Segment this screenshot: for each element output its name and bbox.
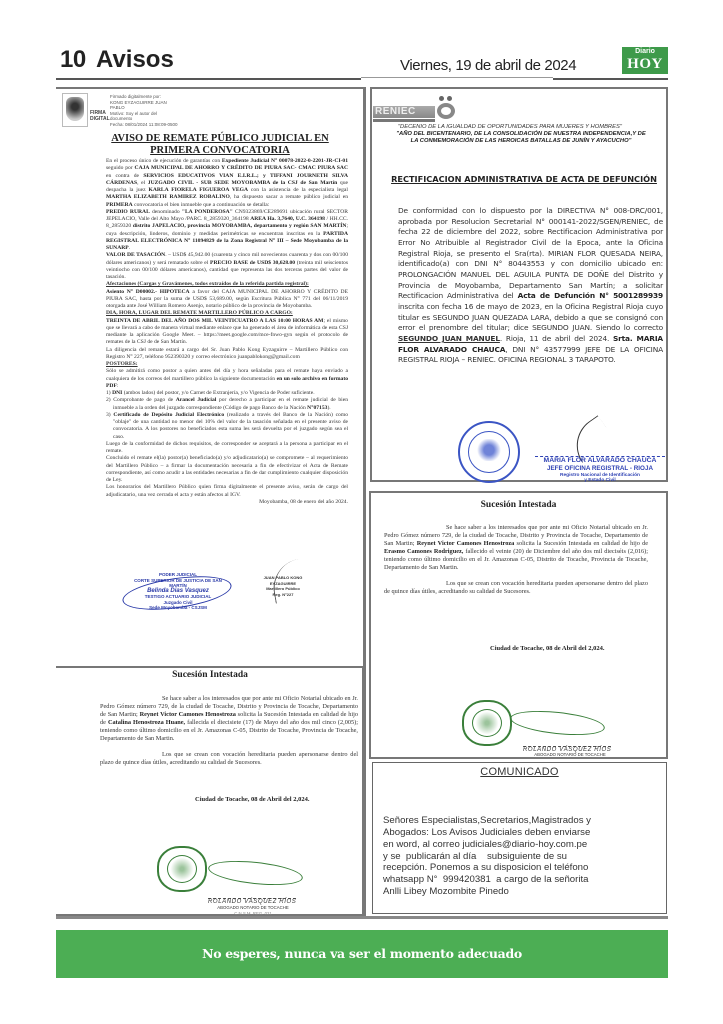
- remate-paragraph: Luego de la conformidad de dichos requis…: [106, 441, 348, 456]
- remate-paragraph: VALOR DE TASACIÓN. – USD$ 45,942.00 (cua…: [106, 252, 348, 281]
- sucesion-right-body: Se hace saber a los interesados que por …: [384, 524, 648, 604]
- remate-heading: Afectaciones (Cargas y Gravámenes, todos…: [106, 281, 348, 288]
- peru-crest-icon: [66, 97, 84, 121]
- sucesion-left-title: Sucesión Intestada: [56, 670, 364, 680]
- footer-banner: No esperes, nunca va ser el momento adec…: [56, 930, 668, 978]
- sucesion-right-title: Sucesión Intestada: [369, 500, 668, 510]
- year-slogan: "AÑO DEL BICENTENARIO, DE LA CONSOLIDACI…: [396, 131, 646, 145]
- remate-paragraph: Sólo se admitirá como postor a quien ant…: [106, 368, 348, 390]
- remate-paragraph: TREINTA DE ABRIL DEL AÑO DOS MIL VEINTIC…: [106, 318, 348, 347]
- sucesion-left-body: Se hace saber a los interesados que por …: [100, 695, 358, 775]
- remate-paragraph: PREDIO RURAL denominado "LA PONDEROSA" C…: [106, 209, 348, 253]
- comunicado-body: Señores Especialistas,Secretarios,Magist…: [383, 815, 667, 898]
- reniec-body: De conformidad con lo dispuesto por la D…: [398, 206, 663, 366]
- remate-title: AVISO DE REMATE PÚBLICO JUDICIAL EN PRIM…: [90, 133, 350, 157]
- reniec-title: RECTIFICACION ADMINISTRATIVA DE ACTA DE …: [390, 174, 658, 185]
- bottom-divider: [56, 916, 668, 919]
- brand-logo-big: HOY: [622, 56, 668, 72]
- sucesion-right-date: Ciudad de Tocache, 08 de Abril del 2,024…: [490, 645, 605, 652]
- brand-logo: Diario HOY: [622, 47, 668, 74]
- digital-signature-crest: [62, 93, 88, 127]
- notary-seal-icon: [157, 846, 207, 892]
- comunicado-title: COMUNICADO: [372, 766, 667, 778]
- requirements-list: 1) DNI (ambos lados) del postor, y/o Car…: [106, 390, 348, 441]
- remate-heading: DIA, HORA, LUGAR DEL REMATE MARTILLERO P…: [106, 310, 348, 317]
- header-rule-right: [553, 78, 668, 80]
- reniec-people-icon: [435, 96, 461, 120]
- remate-paragraph: La diligencia del remate estará a cargo …: [106, 347, 348, 362]
- remate-paragraph: Asiento N° D00002.- HIPOTECA a favor del…: [106, 289, 348, 311]
- remate-paragraph: Concluido el remate el(la) postor(a) ben…: [106, 455, 348, 484]
- reniec-seal-icon: [458, 421, 520, 483]
- requirement-item: 3) Certificado de Depósito Judicial Elec…: [106, 412, 348, 441]
- court-stamp: PODER JUDICIAL CORTE SUPERIOR DE JUSTICI…: [128, 572, 228, 611]
- reniec-stamp: MARIA FLOR ALVARADO CHAUCA JEFE OFICINA …: [535, 456, 665, 484]
- remate-heading: POSTORES:: [106, 361, 348, 368]
- requirement-item: 2) Comprobante de pago de Arancel Judici…: [106, 397, 348, 412]
- reniec-logo: RENIEC: [373, 96, 461, 124]
- remate-paragraph: Los honorarios del Martillero Público qu…: [106, 484, 348, 499]
- brand-logo-small: Diario: [622, 48, 668, 56]
- header-rule-mid: [361, 77, 553, 78]
- column-divider: [364, 87, 366, 917]
- notary-title: ABOGADO NOTARIO DE TOCACHE: [515, 752, 625, 757]
- reniec-logo-text: RENIEC: [373, 106, 435, 118]
- remate-paragraph: En el proceso único de ejecución de gara…: [106, 158, 348, 209]
- digital-signature-label: FIRMA DIGITAL: [90, 110, 110, 122]
- notary-name: ROLANDO VÁSQUEZ RÍOS: [208, 898, 296, 905]
- martillero-signature-caption: JUAN PABLO KONG EYZAGUIRRE Martillero Pú…: [253, 575, 313, 597]
- notary-title: ABOGADO NOTARIO DE TOCACHE: [198, 905, 308, 910]
- reniec-logo-subline: [373, 119, 435, 122]
- digital-signature-text: Firmado digitalmente por: KONG EYZAGUIRR…: [110, 94, 190, 128]
- notary-seal-icon: [462, 700, 512, 746]
- decade-slogan: "DECENIO DE LA IGUALDAD DE OPORTUNIDADES…: [398, 124, 622, 130]
- issue-date: Viernes, 19 de abril de 2024: [400, 57, 576, 74]
- remate-place-date: Moyobamba, 08 de enero del año 2024.: [106, 499, 348, 506]
- page-number: 10: [60, 46, 86, 74]
- remate-body: En el proceso único de ejecución de gara…: [106, 158, 348, 506]
- sucesion-left-date: Ciudad de Tocache, 08 de Abril del 2,024…: [195, 796, 310, 803]
- header-rule-left: [56, 78, 361, 80]
- section-title: Avisos: [96, 46, 174, 74]
